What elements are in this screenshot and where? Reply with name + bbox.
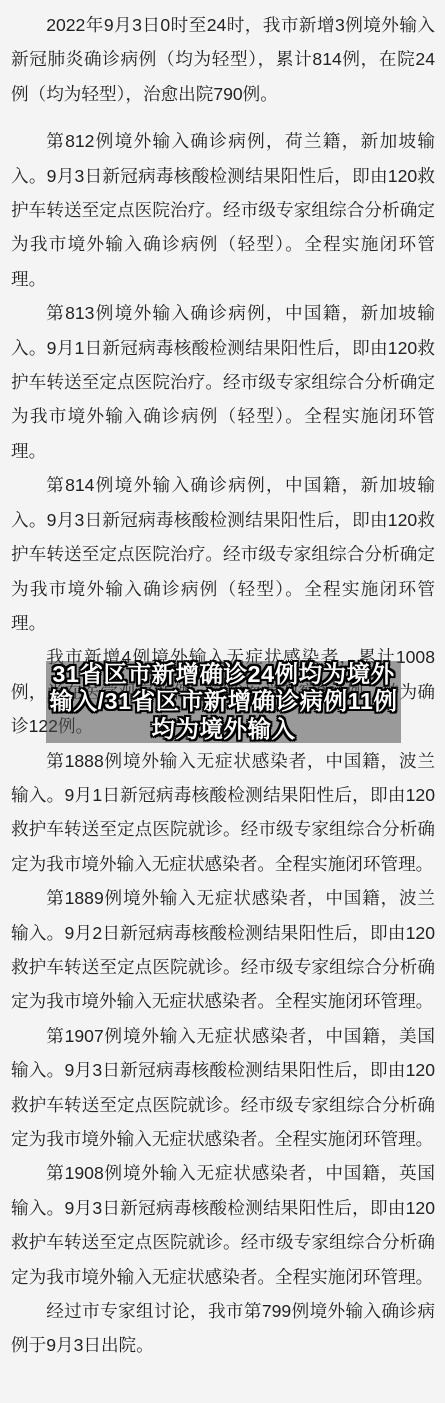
- headline-line: 输入/31省区市新增确诊病例11例: [49, 688, 397, 716]
- article-paragraph: 第1889例境外输入无症状感染者，中国籍，波兰输入。9月2日新冠病毒核酸检测结果…: [11, 881, 435, 1019]
- headline-line: 31省区市新增确诊24例均为境外: [49, 661, 397, 689]
- article-paragraph: 第812例境外输入确诊病例，荷兰籍，新加坡输入。9月3日新冠病毒核酸检测结果阳性…: [11, 124, 435, 296]
- headline-overlay: 31省区市新增确诊24例均为境外输入/31省区市新增确诊病例11例均为境外输入: [46, 661, 401, 743]
- headline-line: 均为境外输入: [49, 716, 397, 744]
- article-paragraph: 2022年9月3日0时至24时，我市新增3例境外输入新冠肺炎确诊病例（均为轻型）…: [11, 8, 435, 111]
- article-paragraph: 第1907例境外输入无症状感染者，中国籍，美国输入。9月3日新冠病毒核酸检测结果…: [11, 1019, 435, 1157]
- article-paragraph: 第1888例境外输入无症状感染者，中国籍，波兰输入。9月1日新冠病毒核酸检测结果…: [11, 744, 435, 882]
- headline-lines: 31省区市新增确诊24例均为境外输入/31省区市新增确诊病例11例均为境外输入: [49, 661, 397, 744]
- article-paragraph: 第1908例境外输入无症状感染者，中国籍，英国输入。9月3日新冠病毒核酸检测结果…: [11, 1156, 435, 1294]
- article-paragraph: 经过市专家组讨论，我市第799例境外输入确诊病例于9月3日出院。: [11, 1294, 435, 1363]
- article-paragraph: 第813例境外输入确诊病例，中国籍，新加坡输入。9月1日新冠病毒核酸检测结果阳性…: [11, 296, 435, 468]
- article-paragraph: 第814例境外输入确诊病例，中国籍，新加坡输入。9月3日新冠病毒核酸检测结果阳性…: [11, 468, 435, 640]
- article-screenshot: 2022年9月3日0时至24时，我市新增3例境外输入新冠肺炎确诊病例（均为轻型）…: [0, 0, 445, 1403]
